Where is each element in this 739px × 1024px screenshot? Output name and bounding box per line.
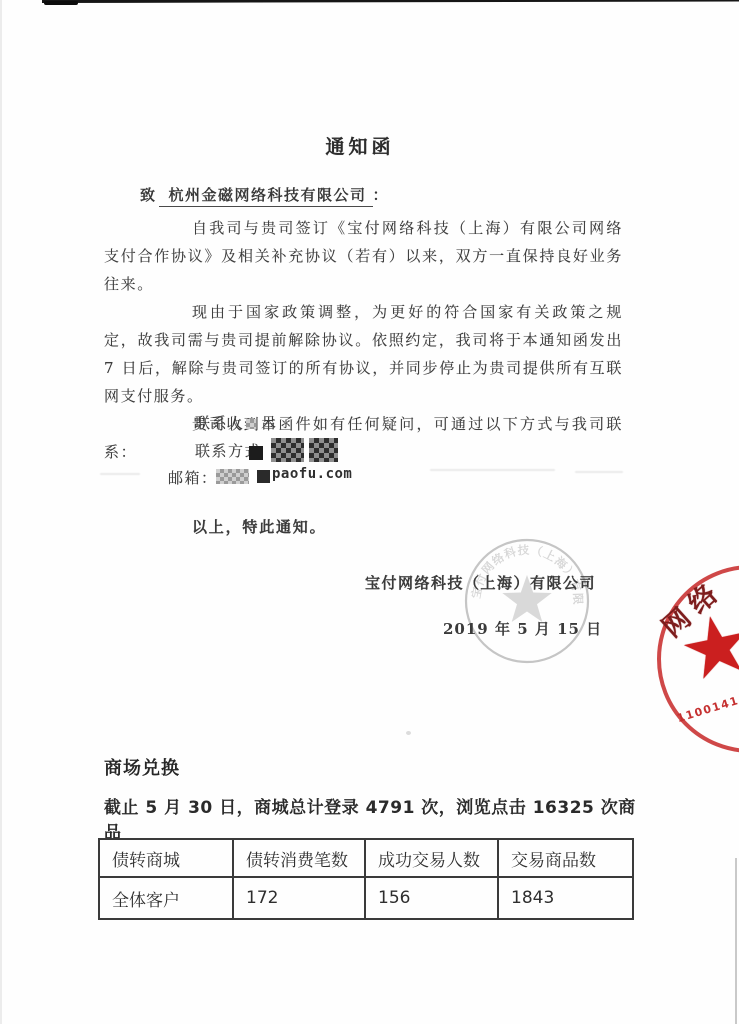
scanned-letter-page: 通知函 致杭州金磁网络科技有限公司： 自我司与贵司签订《宝付网络科技（上海）有限…	[0, 0, 739, 1024]
letter-title: 通知函	[0, 132, 720, 159]
table-row: 全体客户 172 156 1843	[99, 877, 633, 919]
scan-top-edge-artifact	[42, 0, 739, 3]
scan-streak	[430, 469, 555, 471]
letter-body: 自我司与贵司签订《宝付网络科技（上海）有限公司网络支付合作协议》及相关补充协议（…	[104, 214, 623, 466]
scan-streak	[575, 471, 623, 473]
company-seal-stamp: 宝付网络科技（上海）有限公司	[452, 531, 602, 681]
signature-date: 2019 年 5 月 15 日	[443, 618, 602, 639]
salutation-prefix: 致	[140, 186, 157, 204]
scan-streak	[100, 473, 140, 475]
paragraph-2: 现由于国家政策调整，为更好的符合国家有关政策之规定，故我司需与贵司提前解除协议。…	[104, 298, 623, 410]
mall-stats-table: 债转商城 债转消费笔数 成功交易人数 交易商品数 全体客户 172 156 18…	[98, 838, 634, 920]
redaction-block	[271, 438, 304, 462]
contact-email-label: 邮箱：	[168, 469, 218, 487]
redaction-block	[216, 469, 249, 484]
header-traded-goods: 交易商品数	[498, 839, 633, 877]
email-visible-domain: paofu.com	[272, 466, 352, 482]
paragraph-3: 贵司收到本函件如有任何疑问，可通过以下方式与我司联系：	[104, 410, 623, 466]
scan-right-edge-artifact	[735, 858, 737, 1024]
scan-top-edge-blob	[44, 1, 78, 5]
header-consumption-count: 债转消费笔数	[233, 839, 365, 877]
cell-traded-goods: 1843	[498, 877, 633, 919]
table-header-row: 债转商城 债转消费笔数 成功交易人数 交易商品数	[99, 839, 633, 877]
closing-line: 以上，特此通知。	[192, 516, 326, 537]
redaction-block	[309, 438, 338, 462]
cell-consumption-count: 172	[233, 877, 365, 919]
header-debt-mall: 债转商城	[99, 839, 233, 877]
mall-summary-text: 截止 5 月 30 日，商城总计登录 4791 次，浏览点击 16325 次商品	[104, 793, 644, 843]
contact-email-line: 邮箱：	[168, 467, 218, 488]
redaction-block	[249, 446, 263, 460]
signature-company: 宝付网络科技（上海）有限公司	[365, 572, 596, 593]
contact-person-line: 联系人：吕	[195, 412, 278, 433]
salutation-line: 致杭州金磁网络科技有限公司：	[140, 184, 389, 205]
scan-speck	[406, 731, 411, 735]
redaction-block	[246, 419, 256, 429]
paragraph-1: 自我司与贵司签订《宝付网络科技（上海）有限公司网络支付合作协议》及相关补充协议（…	[104, 214, 623, 298]
cell-successful-traders: 156	[365, 877, 498, 919]
recipient-company-name: 杭州金磁网络科技有限公司	[159, 186, 373, 207]
redaction-block	[257, 470, 270, 483]
red-stamp-partial: 网络 ★ 1100141	[640, 545, 739, 775]
salutation-colon: ：	[373, 186, 390, 204]
contact-person-value: 吕	[261, 414, 278, 432]
header-successful-traders: 成功交易人数	[365, 839, 498, 877]
cell-all-customers: 全体客户	[99, 877, 233, 919]
mall-section-heading: 商场兑换	[104, 754, 180, 780]
